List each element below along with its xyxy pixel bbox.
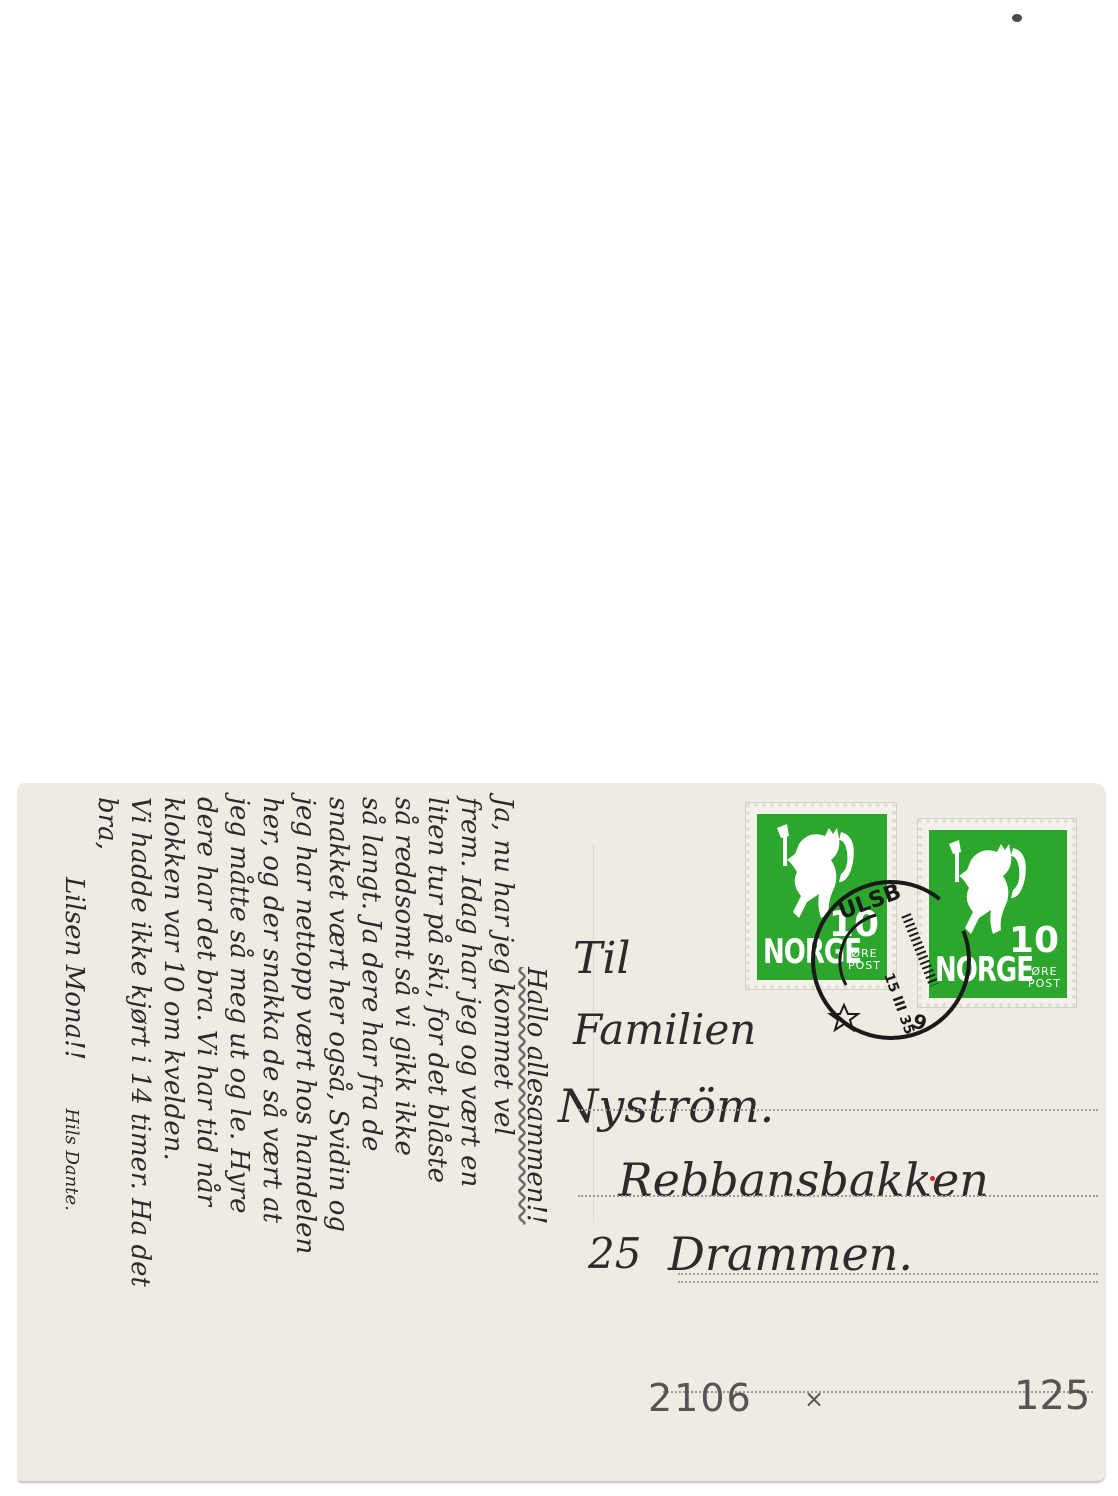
ink-spot	[930, 1176, 935, 1181]
postcard: Hallo allesammen!! Ja, nu har jeg kommet…	[18, 783, 1105, 1481]
message-line: Vi hadde ikke kjørt i 14 timer. Ha det	[123, 797, 156, 1463]
address-line-2: Nyström.	[558, 1079, 774, 1133]
message-line: snakket vært her også, Svidin og	[321, 797, 354, 1463]
star-icon	[830, 1005, 858, 1030]
address-rule	[578, 1109, 1098, 1111]
message-line: jeg måtte så meg ut og le. Hyre	[222, 797, 255, 1463]
message-line: så reddsomt så vi gikk ikke	[387, 797, 420, 1463]
message-line: så langt. Ja dere har fra de	[354, 797, 387, 1463]
address-rule	[678, 1273, 1098, 1275]
message-line: bra,	[90, 797, 123, 1463]
address-rule	[678, 1281, 1098, 1283]
catalog-number: 2106	[648, 1376, 753, 1420]
message-line: dere har det bra. Vi har tid når	[189, 797, 222, 1463]
signature: Lilsen Mona!!	[59, 877, 89, 1060]
message-area: Hallo allesammen!! Ja, nu har jeg kommet…	[18, 783, 578, 1481]
address-rule	[578, 1195, 1098, 1197]
stamp-unit: ØRE POST	[1028, 966, 1061, 990]
message-text: Hallo allesammen!! Ja, nu har jeg kommet…	[57, 783, 578, 1473]
message-line: frem. Idag har jeg og vært en	[453, 797, 486, 1463]
message-line: Ja, nu har jeg kommet vel	[486, 797, 519, 1463]
message-greeting: Hallo allesammen!!	[519, 797, 552, 1463]
price-note: 125	[1014, 1373, 1090, 1419]
address-line-1: Familien	[573, 1005, 756, 1054]
message-line: her, og der snakka de så vært at	[255, 797, 288, 1463]
address-salutation: Til	[573, 933, 631, 984]
pencil-mark: ×	[804, 1385, 824, 1413]
closing: Hils Dante.	[61, 1108, 82, 1211]
message-line: jeg har nettopp vært hos handelen	[288, 797, 321, 1463]
address-house-number: 25	[588, 1229, 641, 1278]
stamp-unit-bottom: POST	[1028, 978, 1061, 990]
postmark-cancel: ULSB 15 III 35 6	[806, 875, 976, 1045]
message-line: liten tur på ski, for det blåste	[420, 797, 453, 1463]
message-line: klokken var 10 om kvelden.	[156, 797, 189, 1463]
message-signature: Lilsen Mona!! Hils Dante.	[57, 797, 90, 1463]
scan-speck	[1012, 14, 1022, 22]
